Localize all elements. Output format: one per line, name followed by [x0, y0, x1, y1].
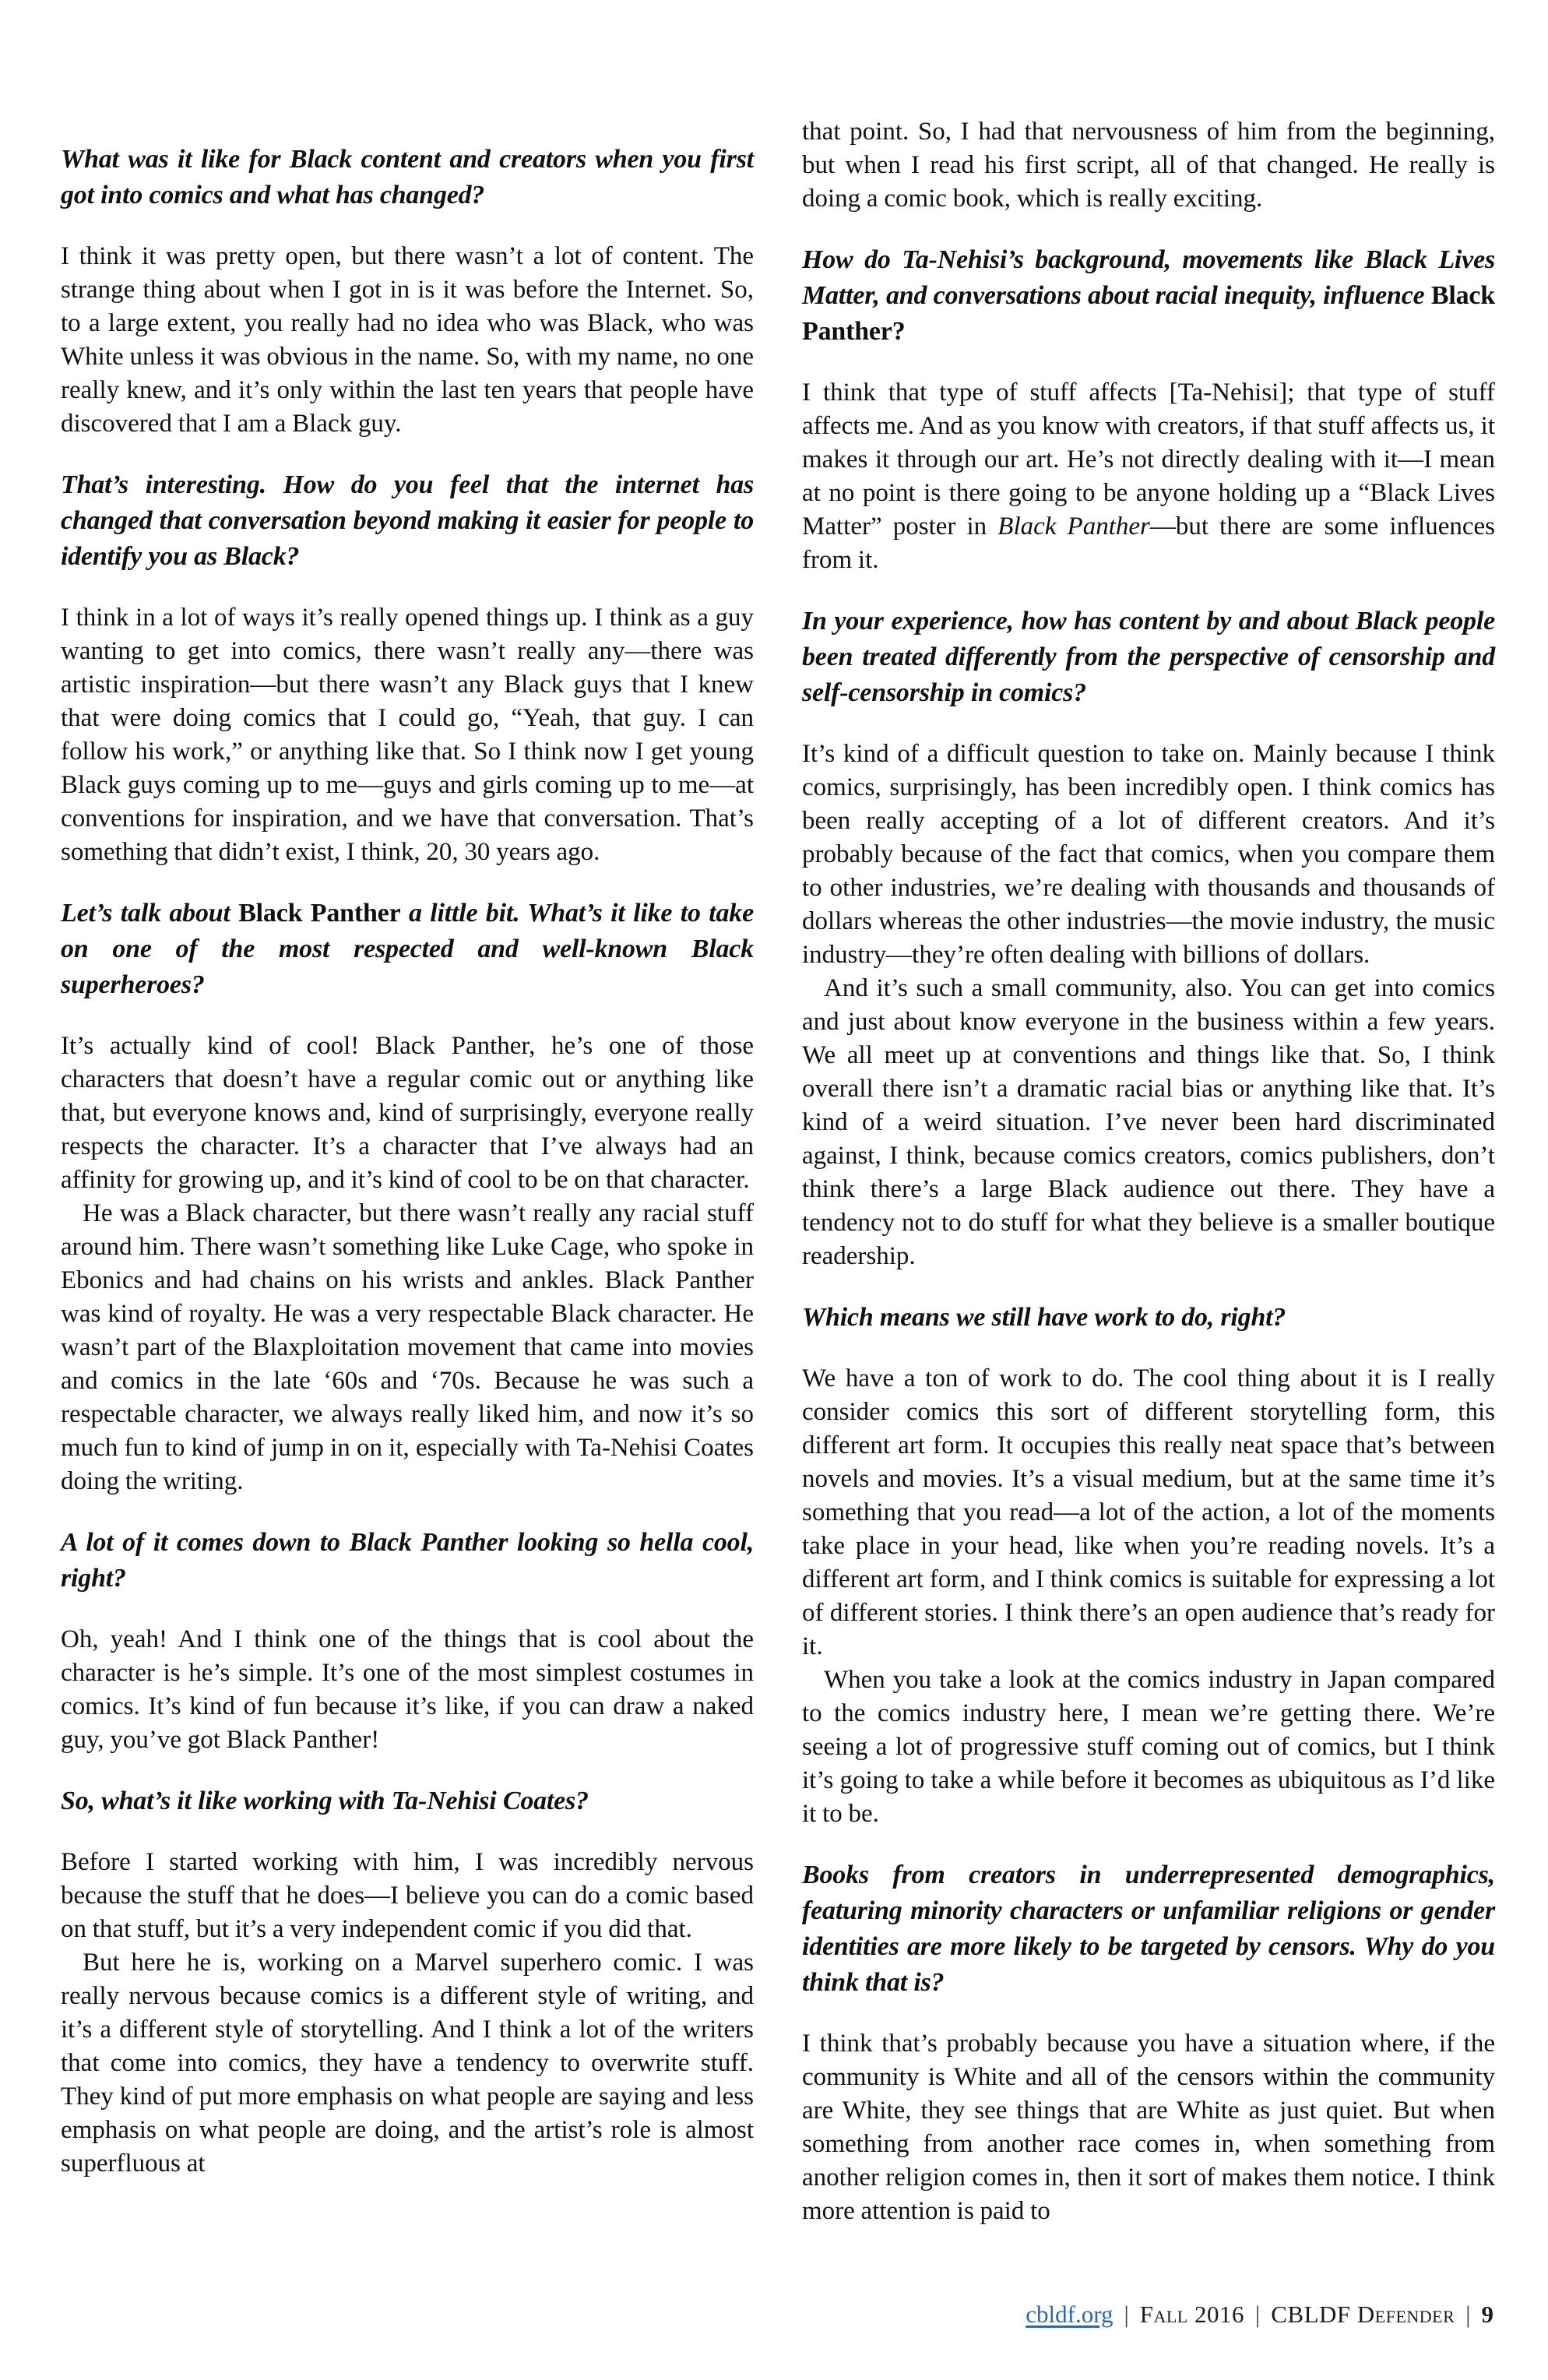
paragraph: I think that’s probably because you have…	[802, 2027, 1495, 2228]
text-segment: But here he is, working on a Marvel supe…	[61, 1949, 754, 2178]
text-segment: Before I started working with him, I was…	[61, 1848, 754, 1943]
paragraph: Oh, yeah! And I think one of the things …	[61, 1623, 754, 1757]
interview-answer: It’s actually kind of cool! Black Panthe…	[61, 1030, 754, 1498]
interview-question: In your experience, how has content by a…	[802, 604, 1495, 711]
interview-answer: I think that’s probably because you have…	[802, 2027, 1495, 2228]
text-segment: A lot of it comes down to Black Panther …	[61, 1528, 754, 1593]
paragraph: that point. So, I had that nervousness o…	[802, 115, 1495, 216]
interview-question: That’s interesting. How do you feel that…	[61, 467, 754, 575]
text-segment: So, what’s it like working with Ta-Nehis…	[61, 1787, 589, 1815]
interview-answer: We have a ton of work to do. The cool th…	[802, 1362, 1495, 1831]
text-segment: Oh, yeah! And I think one of the things …	[61, 1625, 754, 1754]
interview-question: A lot of it comes down to Black Panther …	[61, 1525, 754, 1597]
interview-question: Let’s talk about Black Panther a little …	[61, 896, 754, 1003]
paragraph: He was a Black character, but there wasn…	[61, 1197, 754, 1498]
interview-answer: I think it was pretty open, but there wa…	[61, 240, 754, 441]
text-segment: I think in a lot of ways it’s really ope…	[61, 604, 754, 866]
paragraph: In your experience, how has content by a…	[802, 604, 1495, 711]
paragraph: Let’s talk about Black Panther a little …	[61, 896, 754, 1003]
text-segment: Black Panther	[997, 512, 1150, 540]
magazine-page: What was it like for Black content and c…	[0, 0, 1548, 2380]
interview-question: So, what’s it like working with Ta-Nehis…	[61, 1783, 754, 1819]
interview-answer: I think that type of stuff affects [Ta-N…	[802, 376, 1495, 577]
text-segment: He was a Black character, but there wasn…	[61, 1199, 754, 1495]
paragraph: It’s kind of a difficult question to tak…	[802, 738, 1495, 972]
text-segment: It’s actually kind of cool! Black Panthe…	[61, 1032, 754, 1194]
interview-question: What was it like for Black content and c…	[61, 142, 754, 213]
paragraph: And it’s such a small community, also. Y…	[802, 972, 1495, 1273]
footer-separator: |	[1244, 2301, 1271, 2328]
text-segment: And it’s such a small community, also. Y…	[802, 974, 1495, 1270]
text-segment: Let’s talk about	[61, 899, 238, 928]
interview-answer: I think in a lot of ways it’s really ope…	[61, 601, 754, 869]
text-segment: that point. So, I had that nervousness o…	[802, 118, 1495, 213]
interview-answer: that point. So, I had that nervousness o…	[802, 115, 1495, 216]
text-segment: How do Ta-Nehisi’s background, movements…	[802, 245, 1495, 310]
paragraph: Books from creators in underrepresented …	[802, 1857, 1495, 2001]
text-segment: I think that’s probably because you have…	[802, 2030, 1495, 2225]
paragraph: Which means we still have work to do, ri…	[802, 1300, 1495, 1336]
text-segment: Which means we still have work to do, ri…	[802, 1303, 1286, 1332]
text-segment: We have a ton of work to do. The cool th…	[802, 1364, 1495, 1660]
paragraph: It’s actually kind of cool! Black Panthe…	[61, 1030, 754, 1197]
footer-separator: |	[1114, 2301, 1140, 2328]
paragraph: But here he is, working on a Marvel supe…	[61, 1946, 754, 2181]
text-segment: I think it was pretty open, but there wa…	[61, 242, 754, 438]
paragraph: I think it was pretty open, but there wa…	[61, 240, 754, 441]
paragraph: So, what’s it like working with Ta-Nehis…	[61, 1783, 754, 1819]
paragraph: How do Ta-Nehisi’s background, movements…	[802, 242, 1495, 350]
right-column: that point. So, I had that nervousness o…	[802, 115, 1495, 2228]
interview-question: How do Ta-Nehisi’s background, movements…	[802, 242, 1495, 350]
paragraph: What was it like for Black content and c…	[61, 142, 754, 213]
paragraph: When you take a look at the comics indus…	[802, 1664, 1495, 1831]
text-segment: Books from creators in underrepresented …	[802, 1861, 1495, 1997]
paragraph: We have a ton of work to do. The cool th…	[802, 1362, 1495, 1664]
footer-page-number: 9	[1482, 2301, 1494, 2328]
left-column: What was it like for Black content and c…	[61, 115, 754, 2181]
interview-question: Books from creators in underrepresented …	[802, 1857, 1495, 2001]
text-segment: In your experience, how has content by a…	[802, 607, 1495, 707]
interview-answer: It’s kind of a difficult question to tak…	[802, 738, 1495, 1273]
page-footer: cbldf.org|Fall 2016|CBLDF Defender|9	[1026, 2299, 1493, 2330]
text-segment: What was it like for Black content and c…	[61, 145, 754, 209]
footer-link[interactable]: cbldf.org	[1026, 2301, 1113, 2328]
footer-separator: |	[1455, 2301, 1481, 2328]
interview-question: Which means we still have work to do, ri…	[802, 1300, 1495, 1336]
text-segment: Black Panther	[238, 899, 400, 928]
footer-publication: CBLDF Defender	[1271, 2301, 1455, 2328]
interview-answer: Oh, yeah! And I think one of the things …	[61, 1623, 754, 1757]
paragraph: I think that type of stuff affects [Ta-N…	[802, 376, 1495, 577]
footer-issue: Fall 2016	[1140, 2301, 1244, 2328]
text-segment: It’s kind of a difficult question to tak…	[802, 740, 1495, 969]
text-segment: That’s interesting. How do you feel that…	[61, 470, 754, 571]
paragraph: I think in a lot of ways it’s really ope…	[61, 601, 754, 869]
paragraph: That’s interesting. How do you feel that…	[61, 467, 754, 575]
interview-answer: Before I started working with him, I was…	[61, 1846, 754, 2181]
paragraph: Before I started working with him, I was…	[61, 1846, 754, 1946]
text-segment: When you take a look at the comics indus…	[802, 1666, 1495, 1828]
paragraph: A lot of it comes down to Black Panther …	[61, 1525, 754, 1597]
